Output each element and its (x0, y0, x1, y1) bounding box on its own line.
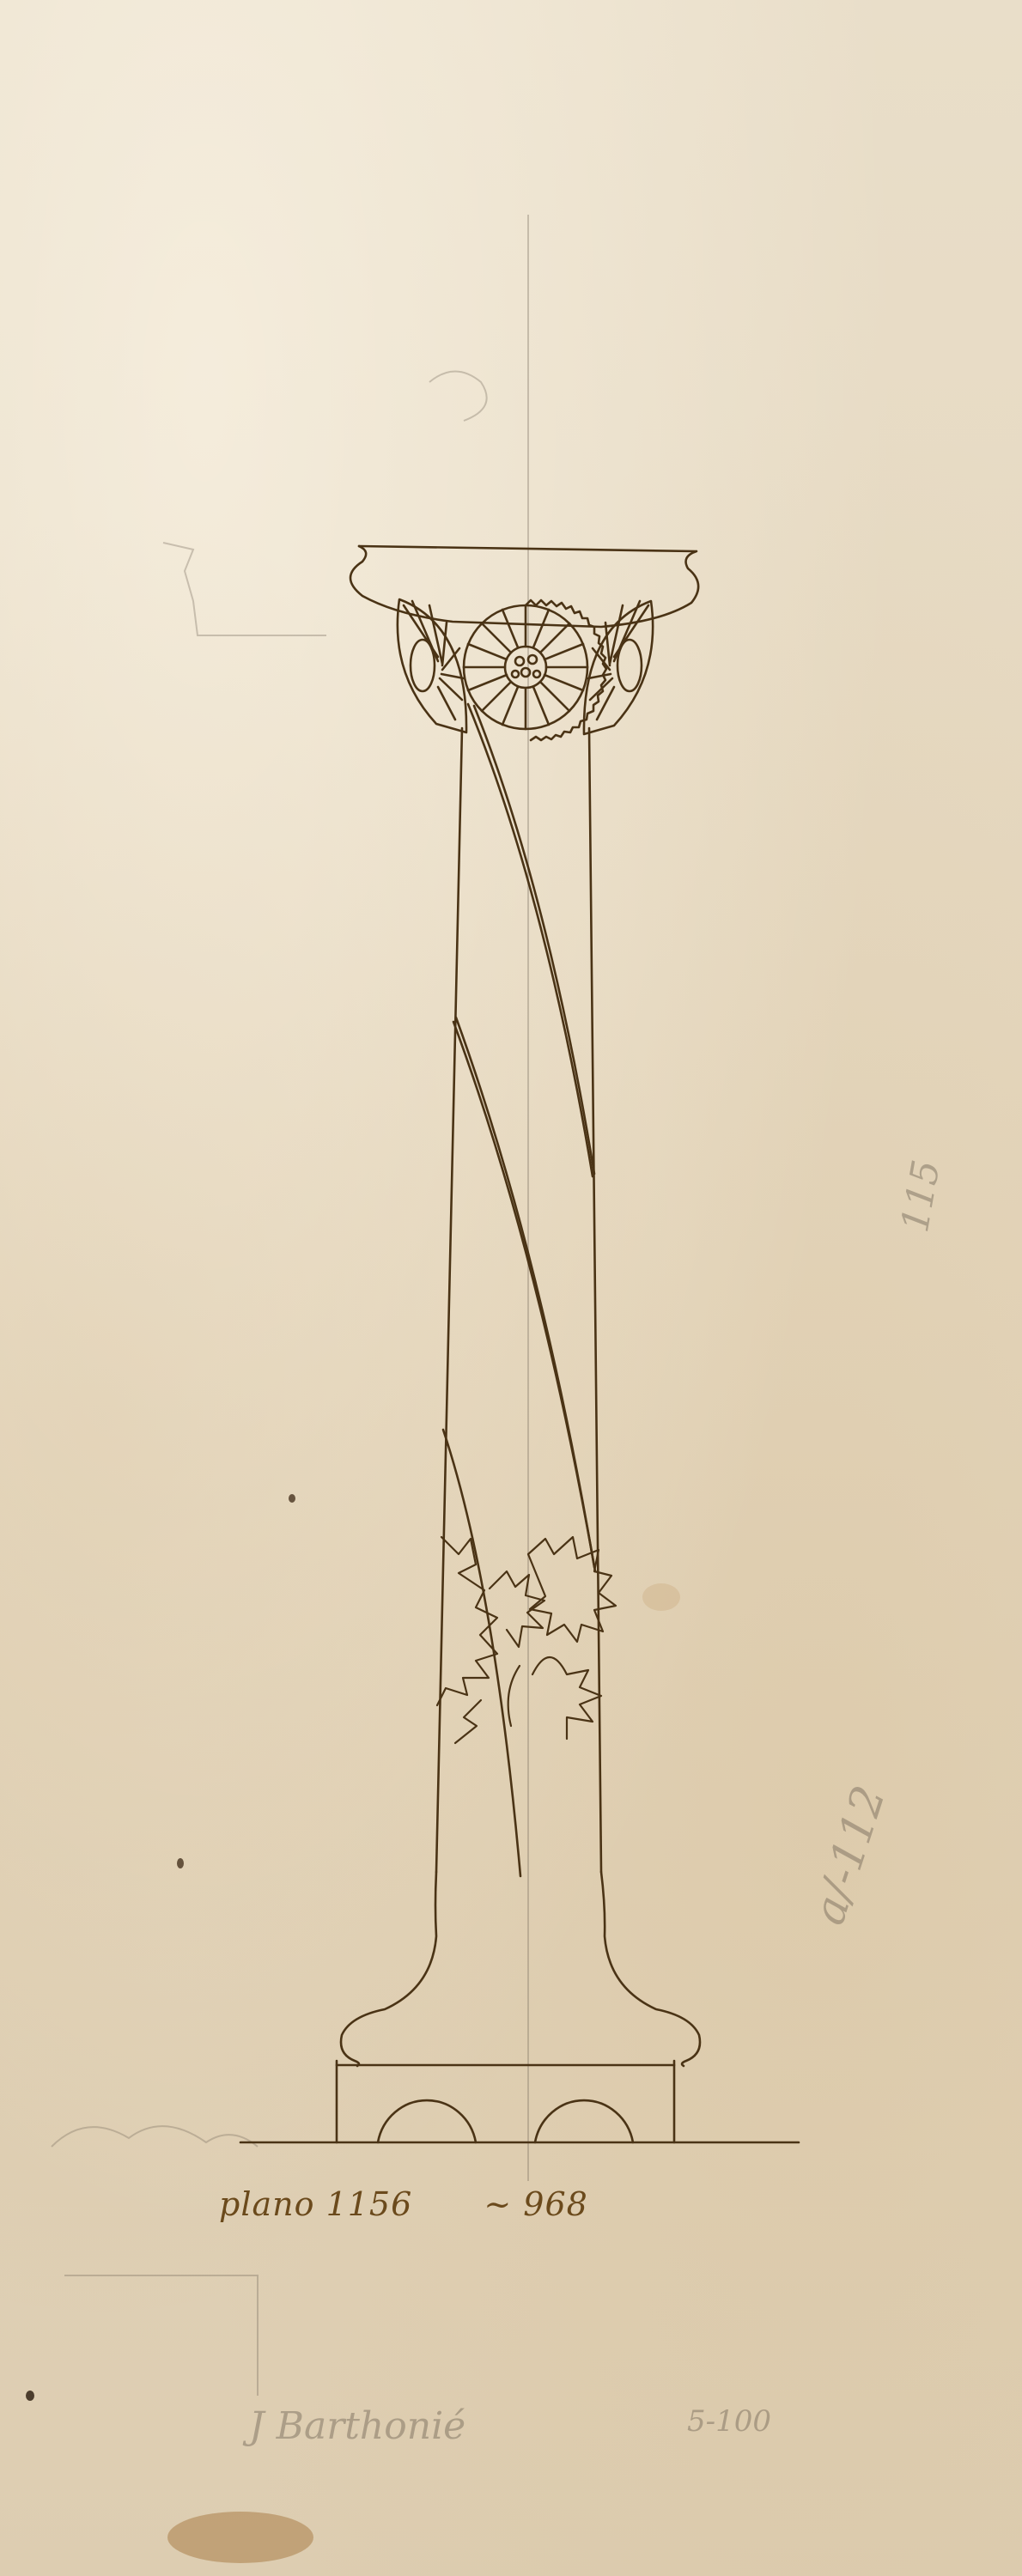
pencil-bottom-number: 5-100 (687, 2404, 771, 2439)
caption-number: ~ 968 (484, 2185, 587, 2223)
caption-label: plano 1156 (219, 2185, 412, 2223)
plinth-arch-left (378, 2100, 476, 2142)
ink-linework (240, 546, 799, 2142)
paper-stains (26, 1494, 680, 2563)
paper-sheet: plano 1156 ~ 968 115 a/-112 J Barthonié … (0, 0, 1022, 2576)
base-left-profile (341, 1872, 436, 2066)
spiral-garland (443, 704, 595, 1876)
base-right-profile (601, 1872, 700, 2066)
rosette-left (398, 599, 466, 732)
ink-caption: plano 1156 ~ 968 (219, 2185, 588, 2223)
pencil-sketches (52, 215, 528, 2396)
plinth-arch-right (535, 2100, 633, 2142)
pencil-signature: J Barthonié (249, 2404, 465, 2448)
acanthus-leaves (437, 1537, 616, 1743)
